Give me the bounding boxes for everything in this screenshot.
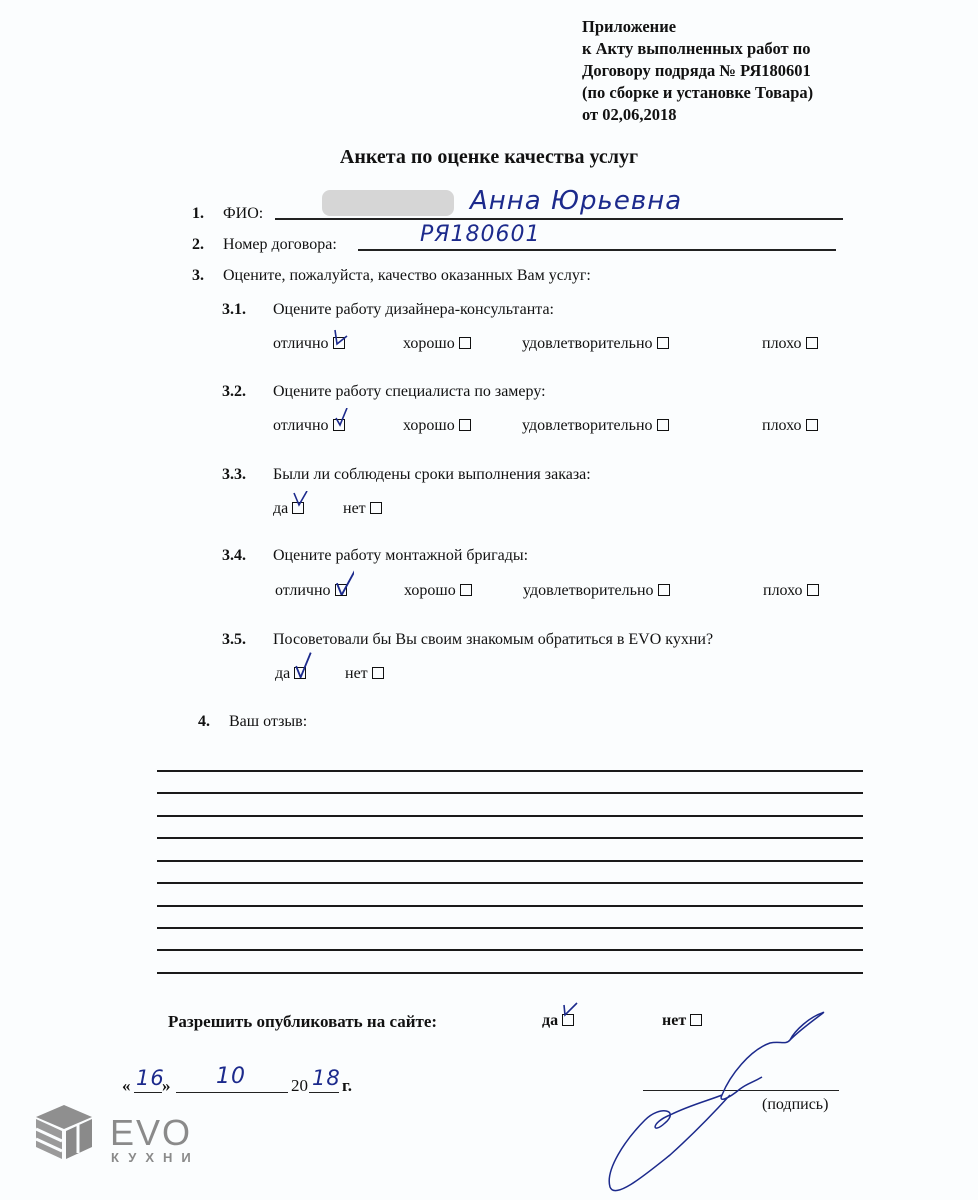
checkbox[interactable] [372,667,384,679]
option-yes[interactable]: да [275,665,306,683]
question-number: 3.3. [222,466,246,484]
option-yes[interactable]: да [273,500,304,518]
checkmark-icon [334,408,350,430]
checkbox-checked[interactable] [562,1014,574,1026]
checkbox[interactable] [459,419,471,431]
question-label: Оцените работу дизайнера-консультанта: [273,301,554,319]
publish-label: Разрешить опубликовать на сайте: [168,1012,437,1032]
checkbox-checked[interactable] [292,502,304,514]
option-satisfactory[interactable]: удовлетворительно [523,582,670,600]
option-satisfactory[interactable]: удовлетворительно [522,417,669,435]
option-poor[interactable]: плохо [762,335,818,353]
review-line [157,882,863,884]
appendix-line: Приложение [582,16,813,38]
option-good[interactable]: хорошо [403,417,471,435]
option-excellent[interactable]: отлично [273,335,345,353]
question-number: 3.1. [222,301,246,319]
redacted-surname [322,190,454,216]
checkbox[interactable] [460,584,472,596]
review-line [157,792,863,794]
question-number: 3.5. [222,631,246,649]
checkbox-checked[interactable] [335,584,347,596]
review-line [157,815,863,817]
option-no[interactable]: нет [343,500,382,518]
checkmark-icon [563,1001,579,1023]
publish-yes[interactable]: да [542,1012,574,1030]
question-label: Были ли соблюдены сроки выполнения заказ… [273,466,591,484]
review-line [157,905,863,907]
option-poor[interactable]: плохо [763,582,819,600]
option-good[interactable]: хорошо [404,582,472,600]
checkbox-checked[interactable] [333,337,345,349]
option-satisfactory[interactable]: удовлетворительно [522,335,669,353]
checkbox[interactable] [658,584,670,596]
checkmark-icon [334,569,354,595]
question-number: 3.4. [222,547,246,565]
checkbox[interactable] [806,337,818,349]
appendix-line: от 02,06,2018 [582,104,813,126]
fio-underline [275,218,843,220]
date-suffix: г. [342,1076,352,1096]
fio-label: ФИО: [223,205,263,223]
appendix-header: Приложение к Акту выполненных работ по Д… [582,16,813,126]
month-underline [176,1092,288,1093]
date-open-quote: « [122,1076,131,1096]
review-line [157,927,863,929]
option-no[interactable]: нет [345,665,384,683]
option-excellent[interactable]: отлично [275,582,347,600]
checkbox[interactable] [459,337,471,349]
logo-brand: EVO [110,1112,192,1154]
logo-subtitle: КУХНИ [111,1150,200,1165]
date-year-prefix: 20 [291,1076,308,1096]
contract-underline [358,249,836,251]
signature-icon[interactable] [590,1005,850,1200]
checkbox[interactable] [657,337,669,349]
day-underline [134,1092,162,1093]
date-month-field[interactable]: 10 [216,1064,246,1089]
question-number: 3.2. [222,383,246,401]
review-line [157,860,863,862]
question-label: Оцените работу монтажной бригады: [273,547,528,565]
option-excellent[interactable]: отлично [273,417,345,435]
contract-label: Номер договора: [223,236,337,254]
date-day-field[interactable]: 16 [136,1066,165,1090]
checkmark-icon [295,652,313,678]
checkmark-icon [293,491,309,513]
checkbox-checked[interactable] [333,419,345,431]
checkbox[interactable] [806,419,818,431]
appendix-line: Договору подряда № РЯ180601 [582,60,813,82]
option-good[interactable]: хорошо [403,335,471,353]
review-line [157,770,863,772]
checkbox[interactable] [807,584,819,596]
checkbox[interactable] [370,502,382,514]
option-poor[interactable]: плохо [762,417,818,435]
item-number: 2. [192,236,204,254]
review-line [157,949,863,951]
item-number: 1. [192,205,204,223]
date-year-field[interactable]: 18 [312,1066,341,1090]
review-line [157,972,863,974]
checkmark-icon [334,326,350,348]
review-label: Ваш отзыв: [229,713,307,731]
item-number: 4. [198,713,210,731]
checkbox[interactable] [657,419,669,431]
contract-field[interactable]: РЯ180601 [420,222,541,247]
appendix-line: (по сборке и установке Товара) [582,82,813,104]
year-underline [309,1092,339,1093]
appendix-line: к Акту выполненных работ по [582,38,813,60]
question-label: Оцените работу специалиста по замеру: [273,383,546,401]
checkbox-checked[interactable] [294,667,306,679]
form-title: Анкета по оценке качества услуг [0,146,978,169]
review-line [157,837,863,839]
fio-field[interactable]: Анна Юрьевна [470,186,682,216]
q3-label: Оцените, пожалуйста, качество оказанных … [223,267,591,285]
item-number: 3. [192,267,204,285]
question-label: Посоветовали бы Вы своим знакомым обрати… [273,631,713,649]
date-close-quote: » [162,1076,171,1096]
evo-logo-icon [34,1103,100,1161]
